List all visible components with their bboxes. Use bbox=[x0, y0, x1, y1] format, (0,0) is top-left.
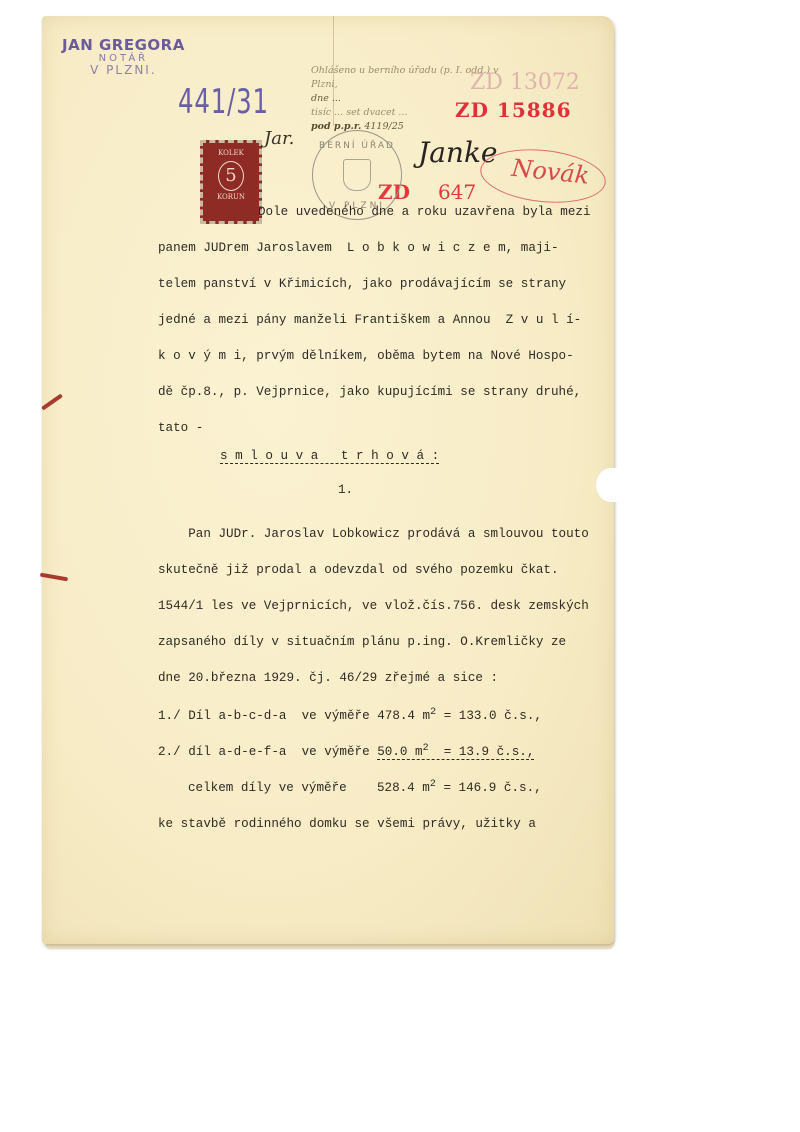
closing-line: ke stavbě rodinného domku se všemi právy… bbox=[158, 817, 536, 831]
section-number: 1. bbox=[338, 483, 353, 497]
total-price: = 146.9 č.s., bbox=[443, 781, 541, 795]
body-line: dě čp.8., p. Vejprnice, jako kupujícími … bbox=[158, 385, 581, 399]
total-row: celkem díly ve výměře 528.4 m2 = 146.9 č… bbox=[188, 779, 542, 795]
section-line: dne 20.března 1929. čj. 46/29 zřejmé a s… bbox=[158, 671, 498, 685]
total-area: 528.4 m bbox=[377, 781, 430, 795]
parcel-area-label: ve výměře bbox=[302, 709, 370, 723]
parcel-area: 50.0 m bbox=[377, 745, 422, 759]
parcel-price: = 133.0 č.s., bbox=[444, 709, 542, 723]
body-line: panem JUDrem Jaroslavem L o b k o w i c … bbox=[158, 241, 559, 255]
section-line: skutečně již prodal a odevzdal od svého … bbox=[158, 563, 559, 577]
body-line: tato - bbox=[158, 421, 203, 435]
parcel-label: 1./ Díl a-b-c-d-a bbox=[158, 709, 286, 723]
section-line: zapsaného díly v situačním plánu p.ing. … bbox=[158, 635, 566, 649]
section-line: Pan JUDr. Jaroslav Lobkowicz prodává a s… bbox=[158, 527, 589, 541]
postmark-top: BERNÍ ÚŘAD bbox=[313, 141, 401, 151]
body-line: k o v ý m i, prvým dělníkem, oběma bytem… bbox=[158, 349, 574, 363]
body-line: telem panství v Křimicích, jako prodávaj… bbox=[158, 277, 566, 291]
paper-tear bbox=[596, 468, 626, 502]
parcel-row: 2./ díl a-d-e-f-a ve výměře 50.0 m2 = 13… bbox=[158, 743, 534, 759]
parcel-row: 1./ Díl a-b-c-d-a ve výměře 478.4 m2 = 1… bbox=[158, 707, 542, 723]
body-line: jedné a mezi pány manželi Františkem a A… bbox=[158, 313, 581, 327]
parcel-area-label: ve výměře bbox=[302, 745, 370, 759]
zd-number: 647 bbox=[438, 180, 476, 204]
total-label: celkem díly ve výměře bbox=[188, 781, 347, 795]
registry-number: 441/31 bbox=[178, 82, 269, 122]
coat-of-arms-icon bbox=[343, 159, 371, 191]
revenue-stamp: KOLEK 5 KORUN bbox=[200, 140, 262, 224]
zd-stamp-main: ZD 15886 bbox=[455, 98, 572, 122]
revenue-stamp-bottom: KORUN bbox=[203, 193, 259, 201]
parcel-area-sum: 50.0 m2 = 13.9 č.s., bbox=[377, 745, 534, 760]
tax-stamp-ppr-number: 4119/25 bbox=[364, 121, 403, 132]
signature-left: Jar. bbox=[264, 128, 294, 149]
contract-heading: s m l o u v a t r h o v á : bbox=[220, 449, 439, 464]
notary-stamp: JAN GREGORA NOTÁŘ V PLZNI. bbox=[62, 38, 185, 77]
signature-red-text: Novák bbox=[510, 154, 590, 190]
parcel-area: 478.4 m bbox=[377, 709, 430, 723]
parcel-price: = 13.9 č.s., bbox=[444, 745, 535, 759]
notary-city: V PLZNI. bbox=[62, 64, 185, 77]
notary-name: JAN GREGORA bbox=[62, 38, 185, 54]
revenue-stamp-value: 5 bbox=[218, 161, 244, 191]
parcel-label: 2./ díl a-d-e-f-a bbox=[158, 745, 286, 759]
revenue-stamp-top: KOLEK bbox=[203, 149, 259, 157]
section-line: 1544/1 les ve Vejprnicích, ve vlož.čís.7… bbox=[158, 599, 589, 613]
zd-stamp-faded: ZD 13072 bbox=[470, 70, 580, 95]
body-line: Dole uvedeného dne a roku uzavřena byla … bbox=[258, 205, 591, 219]
